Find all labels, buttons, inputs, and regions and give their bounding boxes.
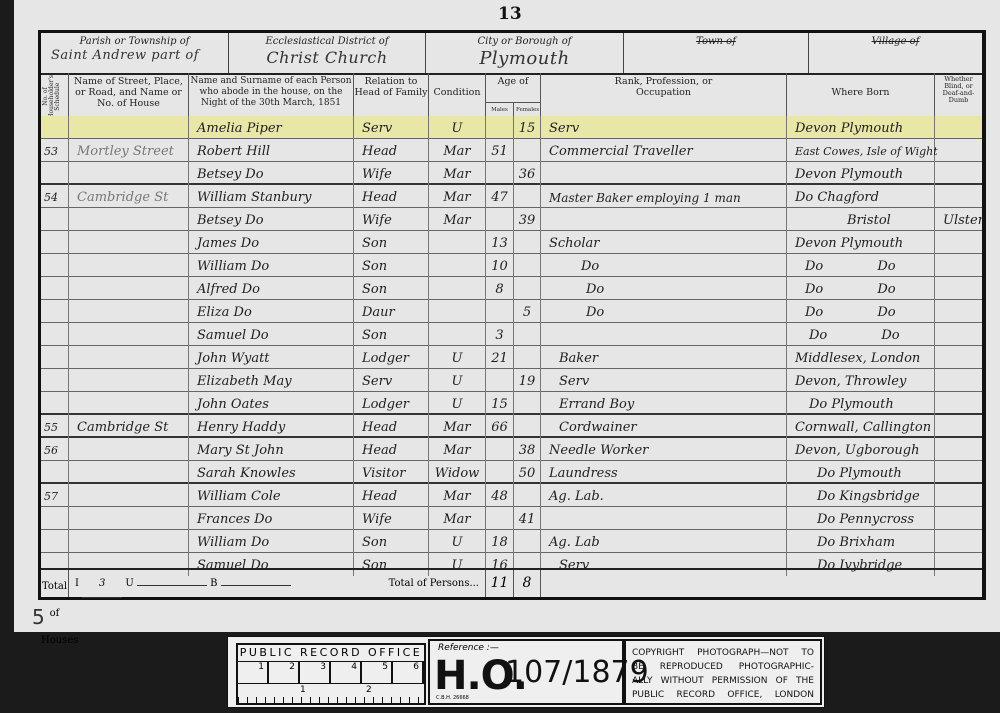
table-row[interactable]: 53 Mortley Street Robert Hill Head Mar 5…	[41, 139, 982, 162]
total-houses-label: Total of Houses	[41, 570, 69, 597]
public-record-office-stamp: PUBLIC RECORD OFFICE 1 2 3 4 5 6 1 2 Ref…	[227, 636, 825, 708]
scale-ruler: PUBLIC RECORD OFFICE 1 2 3 4 5 6 1 2	[236, 643, 426, 705]
office-title: PUBLIC RECORD OFFICE	[238, 645, 424, 662]
census-page: 13 Parish or Township of Saint Andrew pa…	[14, 0, 1000, 632]
table-row[interactable]: John Oates Lodger U 15 Errand Boy Do Ply…	[41, 392, 982, 415]
scale-ticks: 1 2	[238, 684, 424, 705]
borough-value: Plymouth	[426, 48, 623, 69]
reference-box: Reference :— H.O. 107/1879 C.B.H. 26668	[428, 639, 624, 705]
table-row[interactable]: Betsey Do Wife Mar 36 Devon Plymouth	[41, 162, 982, 185]
table-row[interactable]: Samuel Do Son 3 Do Do	[41, 323, 982, 346]
cbh-code: C.B.H. 26668	[436, 695, 469, 701]
census-form: Parish or Township of Saint Andrew part …	[38, 30, 986, 600]
table-row[interactable]: Frances Do Wife Mar 41 Do Pennycross	[41, 507, 982, 530]
table-row[interactable]: Elizabeth May Serv U 19 Serv Devon, Thro…	[41, 369, 982, 392]
header-occupation: Rank, Profession, or Occupation	[541, 73, 787, 116]
borough-label: City or Borough of	[426, 36, 623, 47]
column-headers: No. of Householder's Schedule Name of St…	[41, 73, 982, 118]
table-row[interactable]: Eliza Do Daur 5 Do Do Do	[41, 300, 982, 323]
town-cell: Town of	[624, 33, 809, 73]
town-label: Town of	[624, 36, 808, 47]
village-label: Village of	[809, 36, 982, 47]
header-relation: Relation to Head of Family	[354, 73, 429, 116]
header-name: Name and Surname of each Person who abod…	[189, 73, 354, 116]
parish-cell: Parish or Township of Saint Andrew part …	[41, 33, 229, 73]
header-age-males: Males	[486, 102, 514, 116]
header-schedule: No. of Householder's Schedule	[41, 73, 69, 116]
village-cell: Village of	[809, 33, 982, 73]
totals-row: Total of Houses I 3 U B Total of Persons…	[41, 568, 982, 597]
total-females: 8	[514, 570, 541, 597]
scale-inches: 1 2 3 4 5 6	[238, 662, 424, 684]
borough-cell: City or Borough of Plymouth	[426, 33, 624, 73]
header-age: Age of Males Females	[486, 73, 541, 116]
table-row[interactable]: Amelia Piper Serv U 15 Serv Devon Plymou…	[41, 116, 982, 139]
table-row[interactable]: 56 Mary St John Head Mar 38 Needle Worke…	[41, 438, 982, 461]
ecclesiastical-label: Ecclesiastical District of	[229, 36, 425, 47]
table-row[interactable]: Betsey Do Wife Mar 39 Bristol Ulster	[41, 208, 982, 231]
table-row[interactable]: James Do Son 13 Scholar Devon Plymouth	[41, 231, 982, 254]
total-persons-label: Total of Persons...	[389, 570, 479, 597]
table-row[interactable]: Alfred Do Son 8 Do Do Do	[41, 277, 982, 300]
district-header: Parish or Township of Saint Andrew part …	[41, 33, 982, 75]
header-street: Name of Street, Place, or Road, and Name…	[69, 73, 189, 116]
reference-label: Reference :—	[438, 643, 499, 653]
ecclesiastical-value: Christ Church	[229, 48, 425, 67]
table-row[interactable]: 55 Cambridge St Henry Haddy Head Mar 66 …	[41, 415, 982, 438]
margin-mark: 5	[32, 605, 45, 629]
copyright-notice: COPYRIGHT PHOTOGRAPH—NOT TO BE REPRODUCE…	[624, 639, 822, 705]
header-condition: Condition	[429, 73, 486, 116]
inhabited-count: 3	[82, 570, 122, 598]
header-age-females: Females	[514, 102, 541, 116]
table-row[interactable]: William Do Son U 18 Ag. Lab Do Brixham	[41, 530, 982, 553]
building-count	[221, 585, 291, 586]
house-counts: I 3 U B Total of Persons...	[69, 570, 486, 597]
table-row[interactable]: 57 William Cole Head Mar 48 Ag. Lab. Do …	[41, 484, 982, 507]
table-row[interactable]: 54 Cambridge St William Stanbury Head Ma…	[41, 185, 982, 208]
uninhabited-count	[137, 585, 207, 586]
table-row[interactable]: Sarah Knowles Visitor Widow 50 Laundress…	[41, 461, 982, 484]
parish-value: Saint Andrew part of	[41, 48, 228, 63]
ecclesiastical-cell: Ecclesiastical District of Christ Church	[229, 33, 426, 73]
parish-label: Parish or Township of	[41, 36, 228, 47]
table-row[interactable]: William Do Son 10 Do Do Do	[41, 254, 982, 277]
header-blind-deaf: Whether Blind, or Deaf-and-Dumb	[935, 73, 982, 116]
total-males: 11	[486, 570, 514, 597]
table-row[interactable]: John Wyatt Lodger U 21 Baker Middlesex, …	[41, 346, 982, 369]
header-where-born: Where Born	[787, 73, 935, 116]
page-number: 13	[498, 4, 522, 24]
